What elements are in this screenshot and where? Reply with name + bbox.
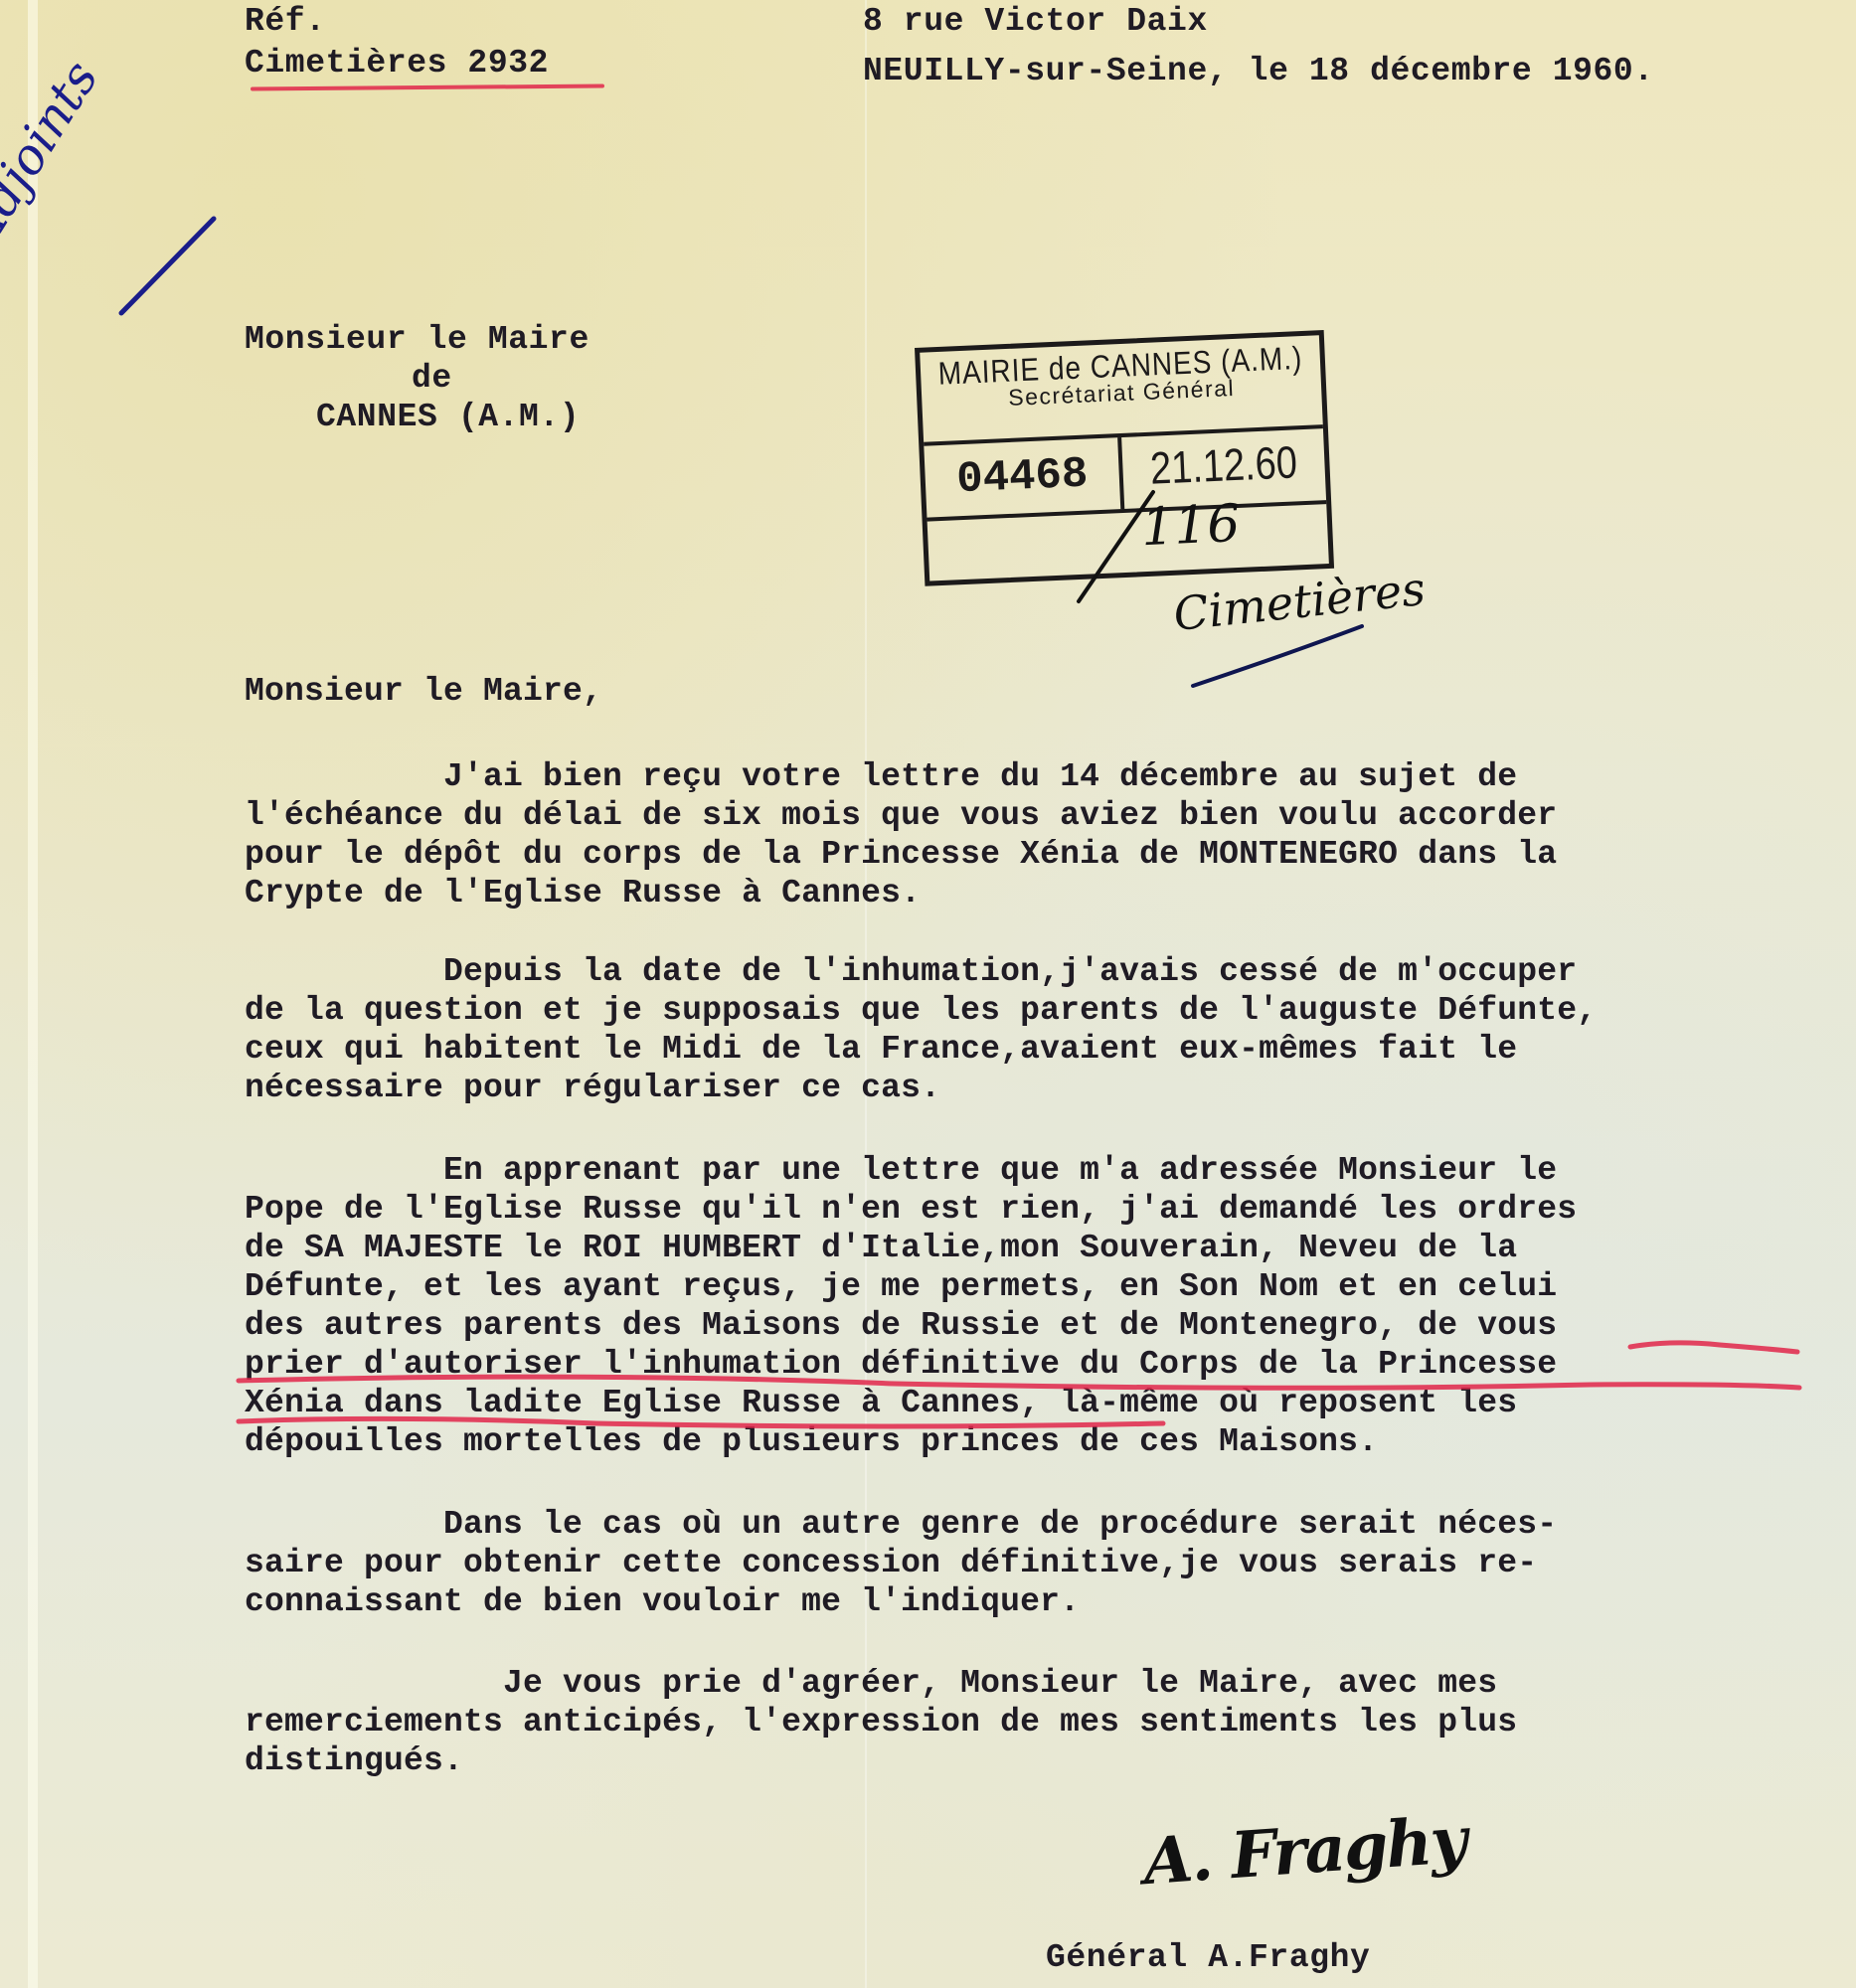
typed-signatory-name: Général A.Fraghy <box>1046 1938 1370 1978</box>
paragraph-line: dépouilles mortelles de plusieurs prince… <box>245 1422 1378 1462</box>
paragraph-line: Pope de l'Eglise Russe qu'il n'en est ri… <box>245 1190 1577 1230</box>
reference-red-underline <box>251 83 604 90</box>
paragraph-line: de la question et je supposais que les p… <box>245 991 1597 1031</box>
paragraph-line: Depuis la date de l'inhumation,j'avais c… <box>245 952 1577 992</box>
handwritten-signature: A. Fraghy <box>1141 1803 1468 1900</box>
paragraph-line: connaissant de bien vouloir me l'indique… <box>245 1582 1080 1622</box>
paragraph-line: saire pour obtenir cette concession défi… <box>245 1544 1537 1583</box>
paragraph-line: l'échéance du délai de six mois que vous… <box>245 796 1557 836</box>
place-and-date: NEUILLY-sur-Seine, le 18 décembre 1960. <box>863 52 1654 91</box>
margin-note-handwritten: Adjoints <box>0 58 105 256</box>
sender-address: 8 rue Victor Daix <box>863 2 1208 42</box>
reference-value: Cimetières 2932 <box>245 44 549 83</box>
paragraph-line: Crypte de l'Eglise Russe à Cannes. <box>245 874 921 913</box>
reference-label: Réf. <box>245 2 326 42</box>
paragraph-line: Défunte, et les ayant reçus, je me perme… <box>245 1267 1557 1307</box>
stamp-handwritten-number: 116 <box>1140 494 1242 558</box>
recipient-line-2: de <box>412 359 452 399</box>
recipient-line-3: CANNES (A.M.) <box>316 398 580 437</box>
paragraph-line: de SA MAJESTE le ROI HUMBERT d'Italie,mo… <box>245 1229 1517 1268</box>
paragraph-line: pour le dépôt du corps de la Princesse X… <box>245 835 1557 875</box>
paragraph-line: En apprenant par une lettre que m'a adre… <box>245 1151 1557 1191</box>
recipient-line-1: Monsieur le Maire <box>245 320 590 360</box>
paragraph-line: Xénia dans ladite Eglise Russe à Cannes,… <box>245 1384 1517 1423</box>
salutation: Monsieur le Maire, <box>245 672 602 712</box>
paragraph-line: des autres parents des Maisons de Russie… <box>245 1306 1557 1346</box>
paragraph-line: ceux qui habitent le Midi de la France,a… <box>245 1030 1517 1070</box>
paragraph-line: J'ai bien reçu votre lettre du 14 décemb… <box>245 757 1517 797</box>
paragraph-line: Je vous prie d'agréer, Monsieur le Maire… <box>245 1664 1497 1704</box>
paragraph-line: Dans le cas où un autre genre de procédu… <box>245 1505 1557 1545</box>
stamp-registration-number: 04468 <box>924 437 1124 518</box>
paragraph-line: prier d'autoriser l'inhumation définitiv… <box>245 1345 1557 1385</box>
paragraph-line: remerciements anticipés, l'expression de… <box>245 1703 1517 1742</box>
paper-fold-left <box>28 0 38 1988</box>
paragraph-line: distingués. <box>245 1741 463 1781</box>
paragraph-line: nécessaire pour régulariser ce cas. <box>245 1069 940 1108</box>
mairie-reception-stamp: MAIRIE de CANNES (A.M.) Secrétariat Géné… <box>915 330 1334 586</box>
